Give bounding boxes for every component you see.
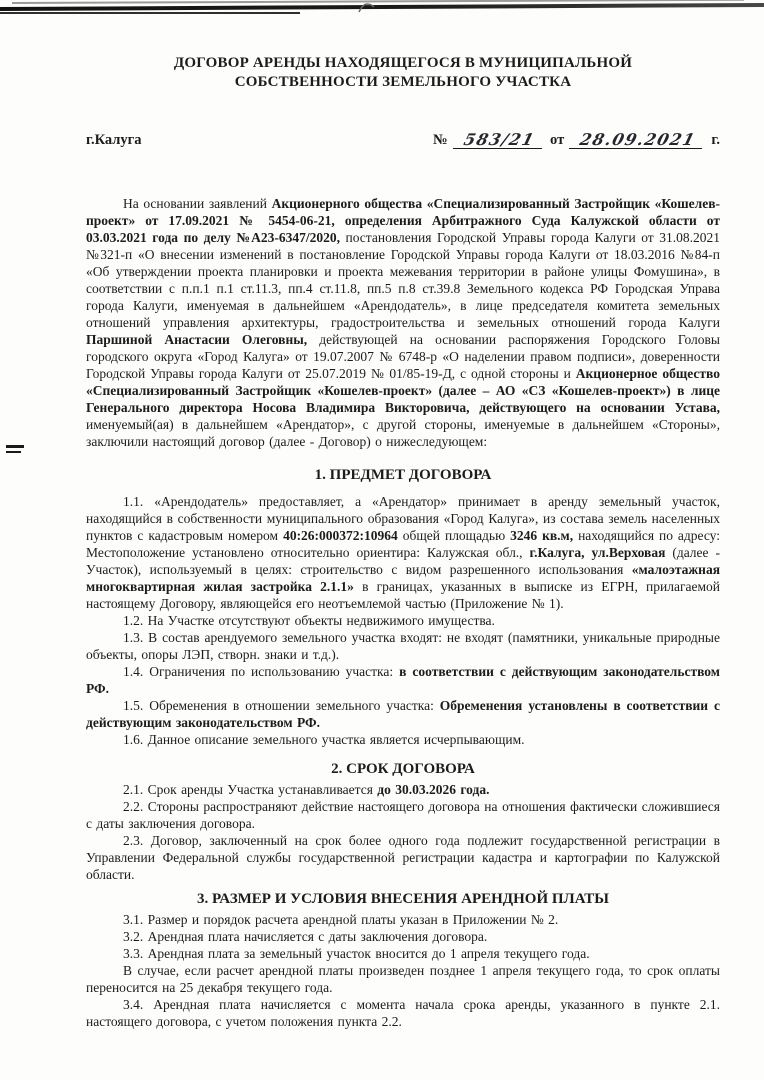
scan-artifact-top-left-line (0, 12, 300, 14)
document-content: ДОГОВОР АРЕНДЫ НАХОДЯЩЕГОСЯ В МУНИЦИПАЛЬ… (0, 0, 764, 1030)
clause-1-1: 1.1. «Арендодатель» предоставляет, а «Ар… (86, 493, 720, 612)
clause-2-2: 2.2. Стороны распространяют действие нас… (86, 798, 720, 832)
clause-1-4: 1.4. Ограничения по использованию участк… (86, 663, 720, 697)
document-title-line-2: СОБСТВЕННОСТИ ЗЕМЕЛЬНОГО УЧАСТКА (86, 73, 720, 92)
clause-1-2: 1.2. На Участке отсутствуют объекты недв… (86, 612, 720, 629)
clause-2-3: 2.3. Договор, заключенный на срок более … (86, 832, 720, 883)
date-handwritten-value: 28.09.2021 (569, 132, 706, 149)
document-title: ДОГОВОР АРЕНДЫ НАХОДЯЩЕГОСЯ В МУНИЦИПАЛЬ… (86, 54, 720, 92)
clause-3-1: 3.1. Размер и порядок расчета арендной п… (86, 911, 720, 928)
section-2-heading: 2. СРОК ДОГОВОРА (86, 760, 720, 779)
clause-3-2: 3.2. Арендная плата начисляется с даты з… (86, 928, 720, 945)
clause-3-3: 3.3. Арендная плата за земельный участок… (86, 945, 720, 962)
scan-artifact-margin-equals-mark (6, 445, 24, 456)
from-word: от (550, 132, 564, 149)
clause-3-4: 3.4. Арендная плата начисляется с момент… (86, 996, 720, 1030)
document-number-block: № 583/21 от 28.09.2021 г. (433, 132, 720, 149)
header-meta-row: г.Калуга № 583/21 от 28.09.2021 г. (86, 132, 720, 149)
document-title-line-1: ДОГОВОР АРЕНДЫ НАХОДЯЩЕГОСЯ В МУНИЦИПАЛЬ… (86, 54, 720, 73)
clause-1-5: 1.5. Обременения в отношении земельного … (86, 697, 720, 731)
preamble-paragraph: На основании заявлений Акционерного обще… (86, 195, 720, 450)
clause-1-3: 1.3. В состав арендуемого земельного уча… (86, 629, 720, 663)
city-label: г.Калуга (86, 132, 142, 149)
scan-artifact-squiggle-mark (356, 0, 376, 19)
year-suffix: г. (711, 132, 720, 149)
section-3-heading: 3. РАЗМЕР И УСЛОВИЯ ВНЕСЕНИЯ АРЕНДНОЙ ПЛ… (86, 890, 720, 909)
clause-1-6: 1.6. Данное описание земельного участка … (86, 731, 720, 748)
clause-2-1: 2.1. Срок аренды Участка устанавливается… (86, 781, 720, 798)
scanned-document-page: ДОГОВОР АРЕНДЫ НАХОДЯЩЕГОСЯ В МУНИЦИПАЛЬ… (0, 0, 764, 1080)
number-sign: № (433, 132, 448, 149)
number-handwritten-value: 583/21 (452, 132, 545, 149)
clause-3-3-note: В случае, если расчет арендной платы про… (86, 962, 720, 996)
section-1-heading: 1. ПРЕДМЕТ ДОГОВОРА (86, 466, 720, 485)
